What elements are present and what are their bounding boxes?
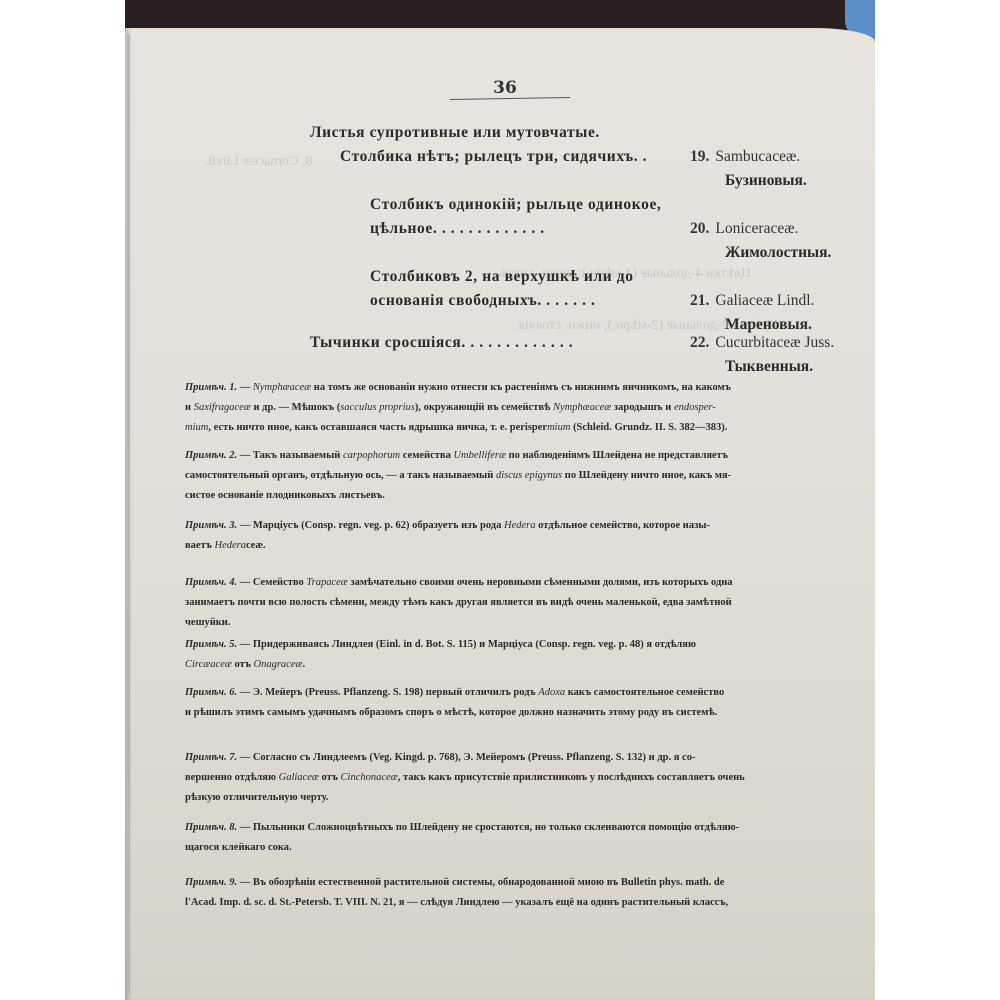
key-line: Тычинки сросшіяся. . . . . . . . . . . .… bbox=[310, 334, 573, 352]
footnote-line: занимаетъ почти всю полость сѣмени, межд… bbox=[185, 597, 732, 608]
footnote-line: — Такъ называемый carpophorum семейства … bbox=[240, 450, 728, 461]
footnote-label: Примѣч. 7. bbox=[185, 752, 240, 763]
footnote-line: mium, есть ничто иное, какъ оставшаяся ч… bbox=[185, 422, 727, 433]
family-russian-name: Тыквенныя. bbox=[725, 358, 813, 376]
key-line: Столбикъ одинокій; рыльце одинокое, bbox=[370, 196, 661, 214]
family-latin-label: Galiaceæ Lindl. bbox=[715, 292, 814, 309]
footnote-line: систое основаніе плодниковыхъ листьевъ. bbox=[185, 490, 385, 501]
footnote: Примѣч. 3. — Марціусъ (Consp. regn. veg.… bbox=[185, 516, 805, 556]
footnote-label: Примѣч. 6. bbox=[185, 687, 240, 698]
footnote-label: Примѣч. 4. bbox=[185, 577, 240, 588]
footnote: Примѣч. 8. — Пыльники Сложноцвѣтныхъ по … bbox=[185, 818, 805, 858]
family-number: 20. bbox=[690, 220, 709, 237]
family-latin-label: Cucurbitaceæ Juss. bbox=[715, 334, 834, 351]
footnote-label: Примѣч. 2. bbox=[185, 450, 240, 461]
footnote: Примѣч. 7. — Согласно съ Линдлеемъ (Veg.… bbox=[185, 748, 805, 808]
family-latin-name: 21.Galiaceæ Lindl. bbox=[690, 292, 814, 310]
footnote-label: Примѣч. 1. bbox=[185, 382, 240, 393]
family-number: 19. bbox=[690, 148, 709, 165]
show-through-text: 8. Cornaceæ Lindl. bbox=[205, 154, 312, 170]
footnote-line: рѣзкую отличительную черту. bbox=[185, 792, 328, 803]
footnote-label: Примѣч. 5. bbox=[185, 639, 240, 650]
key-line: Столбиковъ 2, на верхушкѣ или до bbox=[370, 268, 634, 286]
family-number: 21. bbox=[690, 292, 709, 309]
family-russian-name: Жимолостныя. bbox=[725, 244, 831, 262]
footnote-line: — Пыльники Сложноцвѣтныхъ по Шлейдену не… bbox=[240, 822, 739, 833]
family-latin-name: 22.Cucurbitaceæ Juss. bbox=[690, 334, 834, 352]
family-latin-label: Loniceraceæ. bbox=[715, 220, 798, 237]
family-latin-name: 20.Loniceraceæ. bbox=[690, 220, 798, 238]
footnote-line: — Придерживаясь Линдлея (Einl. in d. Bot… bbox=[240, 639, 696, 650]
footnote-line: и Saxifragaceæ и др. — Мѣшокъ (sacculus … bbox=[185, 402, 716, 413]
footnote-line: l'Acad. Imp. d. sc. d. St.-Petersb. T. V… bbox=[185, 897, 728, 908]
key-line: Листья супротивные или мутовчатые. bbox=[310, 124, 600, 142]
family-number: 22. bbox=[690, 334, 709, 351]
footnote-line: — Марціусъ (Consp. regn. veg. p. 62) обр… bbox=[240, 520, 710, 531]
footnote-line: самостоятельный органъ, отдѣльную ось, —… bbox=[185, 470, 731, 481]
book-page: 8. Cornaceæ Lindl. Цвѣтки 4-дольные (4-м… bbox=[125, 28, 875, 1000]
key-line: цѣльное. . . . . . . . . . . . . bbox=[370, 220, 545, 238]
footnote-label: Примѣч. 9. bbox=[185, 877, 240, 888]
footnote-line: — Семейство Trapaceæ замѣчательно своими… bbox=[240, 577, 733, 588]
family-russian-name: Мареновыя. bbox=[725, 316, 812, 334]
footnote-label: Примѣч. 8. bbox=[185, 822, 240, 833]
footnote-line: Circæaceæ отъ Onagraceæ. bbox=[185, 659, 305, 670]
key-line: Столбика нѣтъ; рылецъ три, сидячихъ. . bbox=[340, 148, 647, 166]
footnote: Примѣч. 5. — Придерживаясь Линдлея (Einl… bbox=[185, 635, 805, 675]
footnote-line: щагося клейкаго сока. bbox=[185, 842, 292, 853]
page-edge bbox=[127, 34, 130, 994]
key-line: основанія свободныхъ. . . . . . . bbox=[370, 292, 596, 310]
footnote-line: ваетъ Hederaceæ. bbox=[185, 540, 266, 551]
footnote: Примѣч. 2. — Такъ называемый carpophorum… bbox=[185, 446, 805, 506]
footnote-line: — Въ обозрѣніи естественной растительной… bbox=[240, 877, 725, 888]
footnote-line: — Nymphæaceæ на томъ же основаніи нужно … bbox=[240, 382, 731, 393]
footnote-label: Примѣч. 3. bbox=[185, 520, 240, 531]
footnote: Примѣч. 6. — Э. Мейеръ (Preuss. Pflanzen… bbox=[185, 683, 805, 723]
family-latin-label: Sambucaceæ. bbox=[715, 148, 800, 165]
footnote-line: — Согласно съ Линдлеемъ (Veg. Kingd. p. … bbox=[240, 752, 696, 763]
footnote-line: и рѣшилъ этимъ самымъ удачнымъ образомъ … bbox=[185, 707, 717, 718]
footnote: Примѣч. 1. — Nymphæaceæ на томъ же основ… bbox=[185, 378, 805, 438]
footnote: Примѣч. 4. — Семейство Trapaceæ замѣчате… bbox=[185, 573, 805, 633]
family-latin-name: 19.Sambucaceæ. bbox=[690, 148, 800, 166]
footnote-line: чешуйки. bbox=[185, 617, 230, 628]
footnote: Примѣч. 9. — Въ обозрѣніи естественной р… bbox=[185, 873, 805, 913]
page-number: 36 bbox=[455, 78, 555, 98]
book-photo: 8. Cornaceæ Lindl. Цвѣтки 4-дольные (4-м… bbox=[125, 0, 875, 1000]
footnote-line: вершенно отдѣляю Galiaceæ отъ Cinchonace… bbox=[185, 772, 745, 783]
footnote-line: — Э. Мейеръ (Preuss. Pflanzeng. S. 198) … bbox=[240, 687, 725, 698]
family-russian-name: Бузиновыя. bbox=[725, 172, 807, 190]
